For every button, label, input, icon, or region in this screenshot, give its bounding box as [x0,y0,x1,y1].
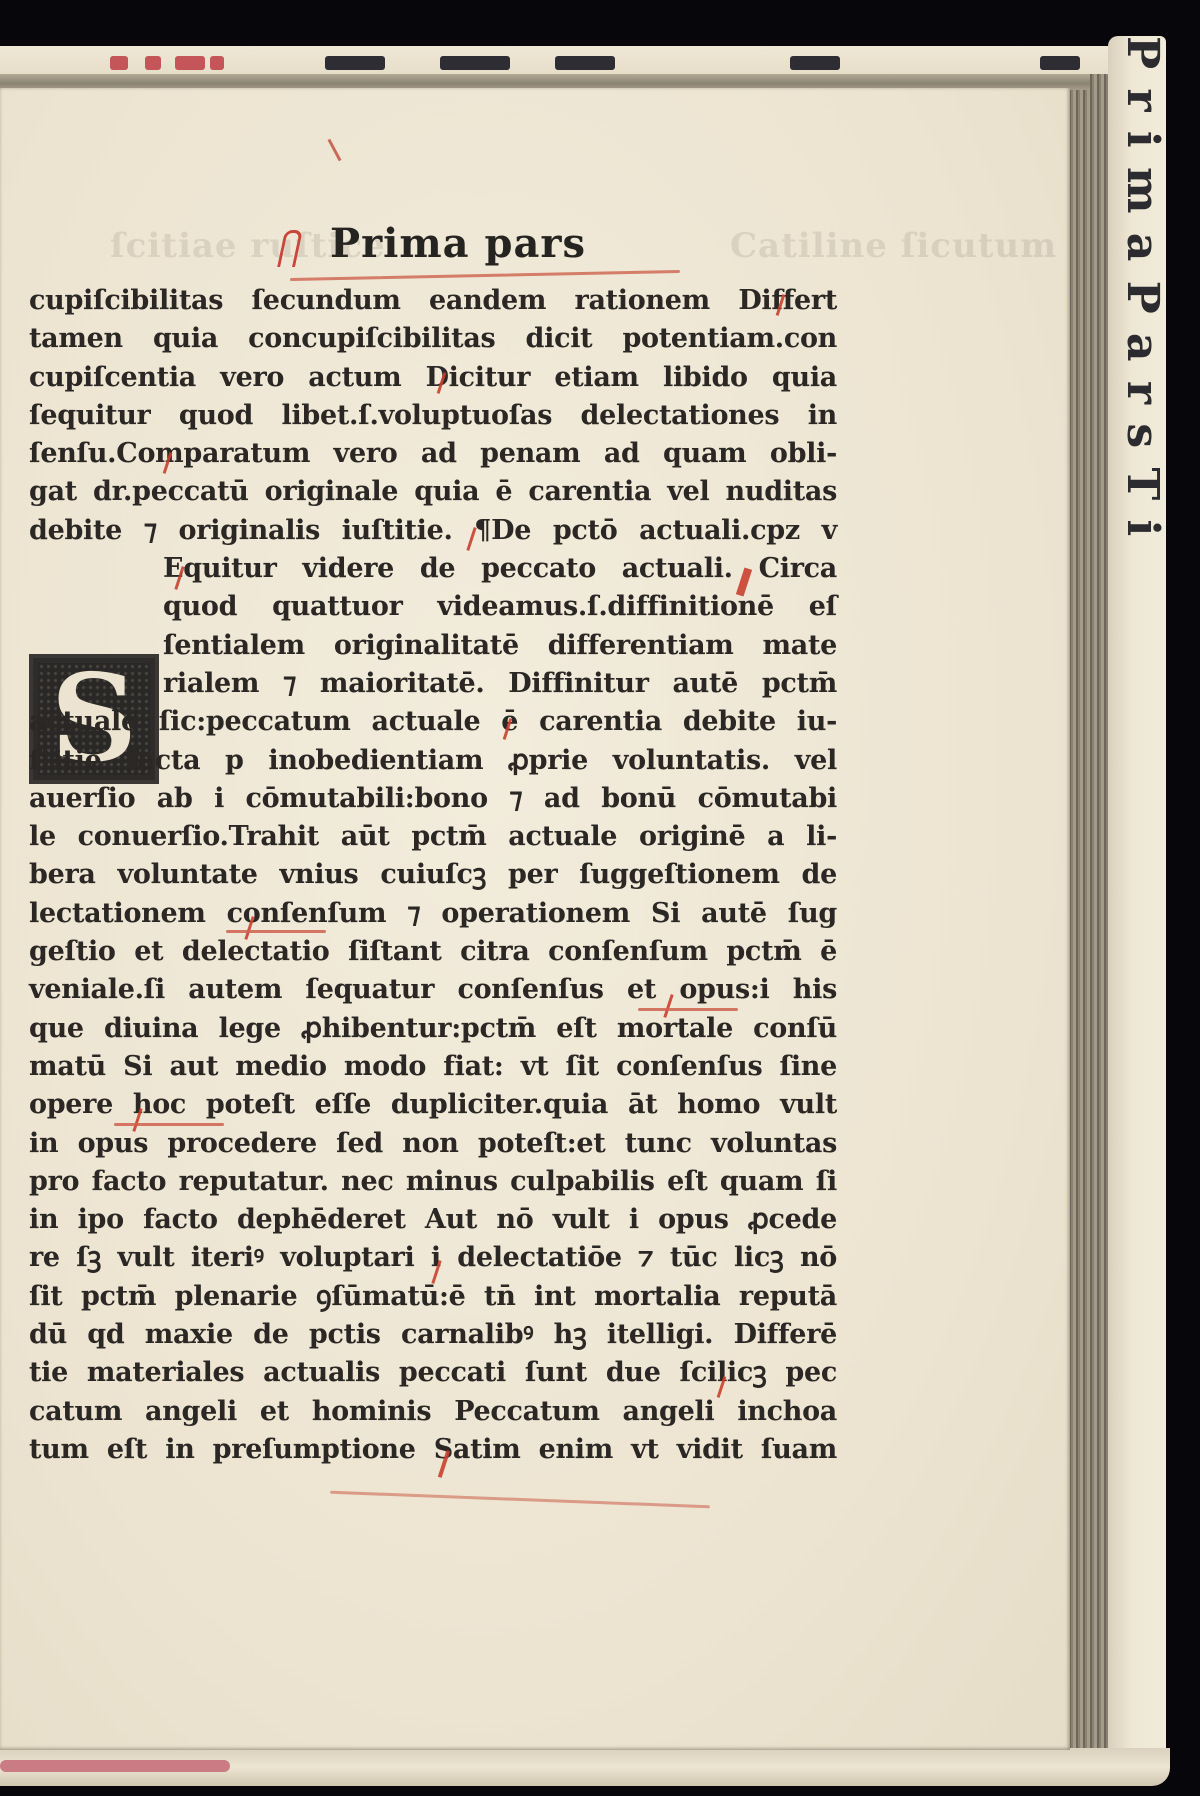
text-line: gat dr.peccatū originale quia ē carentia… [29,473,837,511]
cover-fore-edge: P r i m a P a r s T i [1108,36,1166,1776]
text-line: ſenſu.Comparatum vero ad penam ad quam o… [29,435,837,473]
text-line: que diuina lege ꝓhibentur:pctm̄ eſt mort… [29,1010,837,1048]
red-underline [114,1123,224,1126]
text-line: ſequitur quod libet.ſ.voluptuoſas delect… [29,397,837,435]
text-line: cupiſcentia vero actum Dicitur etiam lib… [29,359,837,397]
red-underline [638,1008,738,1011]
cover-bottom-edge [0,1748,1170,1786]
text-line: veniale.ſi autem ſequatur conſenſus et o… [29,971,837,1009]
red-underline [226,930,326,933]
text-line: catum angeli et hominis Peccatum angeli … [29,1393,837,1431]
book-page: ſcitiae ruſtice Catiline ſicutum Prima p… [0,88,1070,1750]
text-line: dū qd maxie de pctis carnalibꝰ hꝫ itelli… [29,1316,837,1354]
text-line: geſtio et delectatio ſiſtant citra conſe… [29,933,837,971]
text-line: pro facto reputatur. nec minus culpabili… [29,1163,837,1201]
text-line: quod quattuor videamus.ſ.diffinitionē eſ [29,588,837,626]
text-line: ſtitie facta p inobedientiam ꝓprie volun… [29,742,837,780]
red-tick-mark [328,139,342,162]
text-line: tie materiales actualis peccati ſunt due… [29,1354,837,1392]
text-line: rialem ⁊ maioritatē. Diffinitur autē pct… [29,665,837,703]
text-line: opere hoc poteſt eſſe dupliciter.quia āt… [29,1086,837,1124]
text-line: tum eſt in preſumptione Satim enim vt vi… [29,1431,837,1469]
text-line: matū Si aut medio modo fiat: vt ſit conſ… [29,1048,837,1086]
cover-red-letter [145,56,161,70]
cover-red-smear [0,1760,230,1772]
text-line: actuale ſic:peccatum actuale ē carentia … [29,703,837,741]
text-line: auerſio ab i cōmutabili:bono ⁊ ad bonū c… [29,780,837,818]
cover-black-letter [1040,56,1080,70]
text-line: bera voluntate vnius cuiuſcꝫ per ſuggeſt… [29,856,837,894]
running-head: Prima pars [330,220,586,267]
cover-red-letter [210,56,224,70]
text-line: in opus procedere ſed non poteſt:et tunc… [29,1125,837,1163]
cover-red-letter [110,56,128,70]
text-line: in ipo facto dephēderet Aut nō vult i op… [29,1201,837,1239]
cover-black-letter [790,56,840,70]
cover-black-letter [555,56,615,70]
red-flourish [330,1491,710,1509]
text-line: debite ⁊ originalis iuſtitie. ¶De pctō a… [29,512,837,550]
text-line: re ſꝫ vult iteriꝰ voluptari i delectatiō… [29,1239,837,1277]
showthrough-text: Catiline ſicutum [730,226,1057,266]
text-line: le conuerſio.Trahit aūt pctm̄ actuale or… [29,818,837,856]
cover-black-letter [440,56,510,70]
cover-red-letter [175,56,205,70]
text-line: Equitur videre de peccato actuali. Circa [29,550,837,588]
red-underline [290,270,680,281]
text-line: lectationem conſenſum ⁊ operationem Si a… [29,895,837,933]
text-line: ſentialem originalitatē differentiam mat… [29,627,837,665]
text-line: tamen quia concupiſcibilitas dicit poten… [29,320,837,358]
cover-printed-text: P r i m a P a r s T i [1122,36,1162,1776]
text-block: cupiſcibilitas ſecundum eandem rationem … [29,282,837,1469]
text-line: cupiſcibilitas ſecundum eandem rationem … [29,282,837,320]
cover-black-letter [325,56,385,70]
